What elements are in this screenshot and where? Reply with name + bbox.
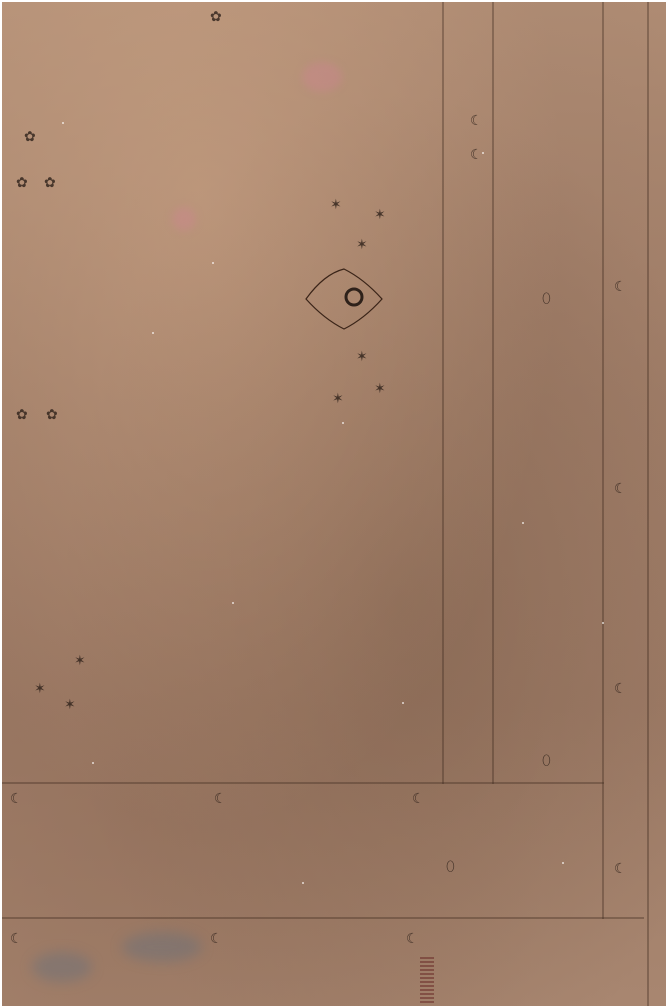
leaf-motif: ☾: [614, 682, 627, 696]
leaf-motif: ☾: [406, 932, 419, 946]
worn-patch: [420, 957, 434, 1005]
leaf-motif: ☾: [614, 482, 627, 496]
star-motif: ✶: [332, 392, 344, 406]
drop-motif: ⬯: [542, 292, 551, 306]
star-motif: ✶: [356, 350, 368, 364]
drop-motif: ⬯: [542, 754, 551, 768]
star-motif: ✶: [374, 382, 386, 396]
outer-border: [2, 782, 604, 784]
leaf-motif: ☾: [10, 792, 23, 806]
central-medallion: [304, 264, 384, 334]
star-motif: ✶: [374, 208, 386, 222]
leaf-motif: ☾: [470, 148, 483, 162]
flower-motif: ✿: [16, 408, 28, 422]
star-motif: ✶: [356, 238, 368, 252]
leaf-motif: ☾: [412, 792, 425, 806]
star-motif: ✶: [34, 682, 46, 696]
inner-border: [492, 2, 494, 784]
outer-border: [647, 2, 649, 1006]
rug-photo: ✿ ✿ ✿ ✿ ✶ ✶ ✶ ✶ ✶ ✶ ✿ ✿ ✶ ✶ ✶ ☾ ☾ ☾ ☾ ☾ …: [2, 2, 666, 1006]
outer-border: [602, 2, 604, 919]
flower-motif: ✿: [44, 176, 56, 190]
leaf-motif: ☾: [614, 280, 627, 294]
star-motif: ✶: [74, 654, 86, 668]
star-motif: ✶: [330, 198, 342, 212]
inner-border: [442, 2, 444, 784]
leaf-motif: ☾: [210, 932, 223, 946]
outer-border: [2, 917, 644, 919]
leaf-motif: ☾: [214, 792, 227, 806]
leaf-motif: ☾: [10, 932, 23, 946]
flower-motif: ✿: [16, 176, 28, 190]
flower-motif: ✿: [46, 408, 58, 422]
flower-motif: ✿: [24, 130, 36, 144]
leaf-motif: ☾: [614, 862, 627, 876]
leaf-motif: ☾: [470, 114, 483, 128]
flower-motif: ✿: [210, 10, 222, 24]
drop-motif: ⬯: [446, 860, 455, 874]
star-motif: ✶: [64, 698, 76, 712]
